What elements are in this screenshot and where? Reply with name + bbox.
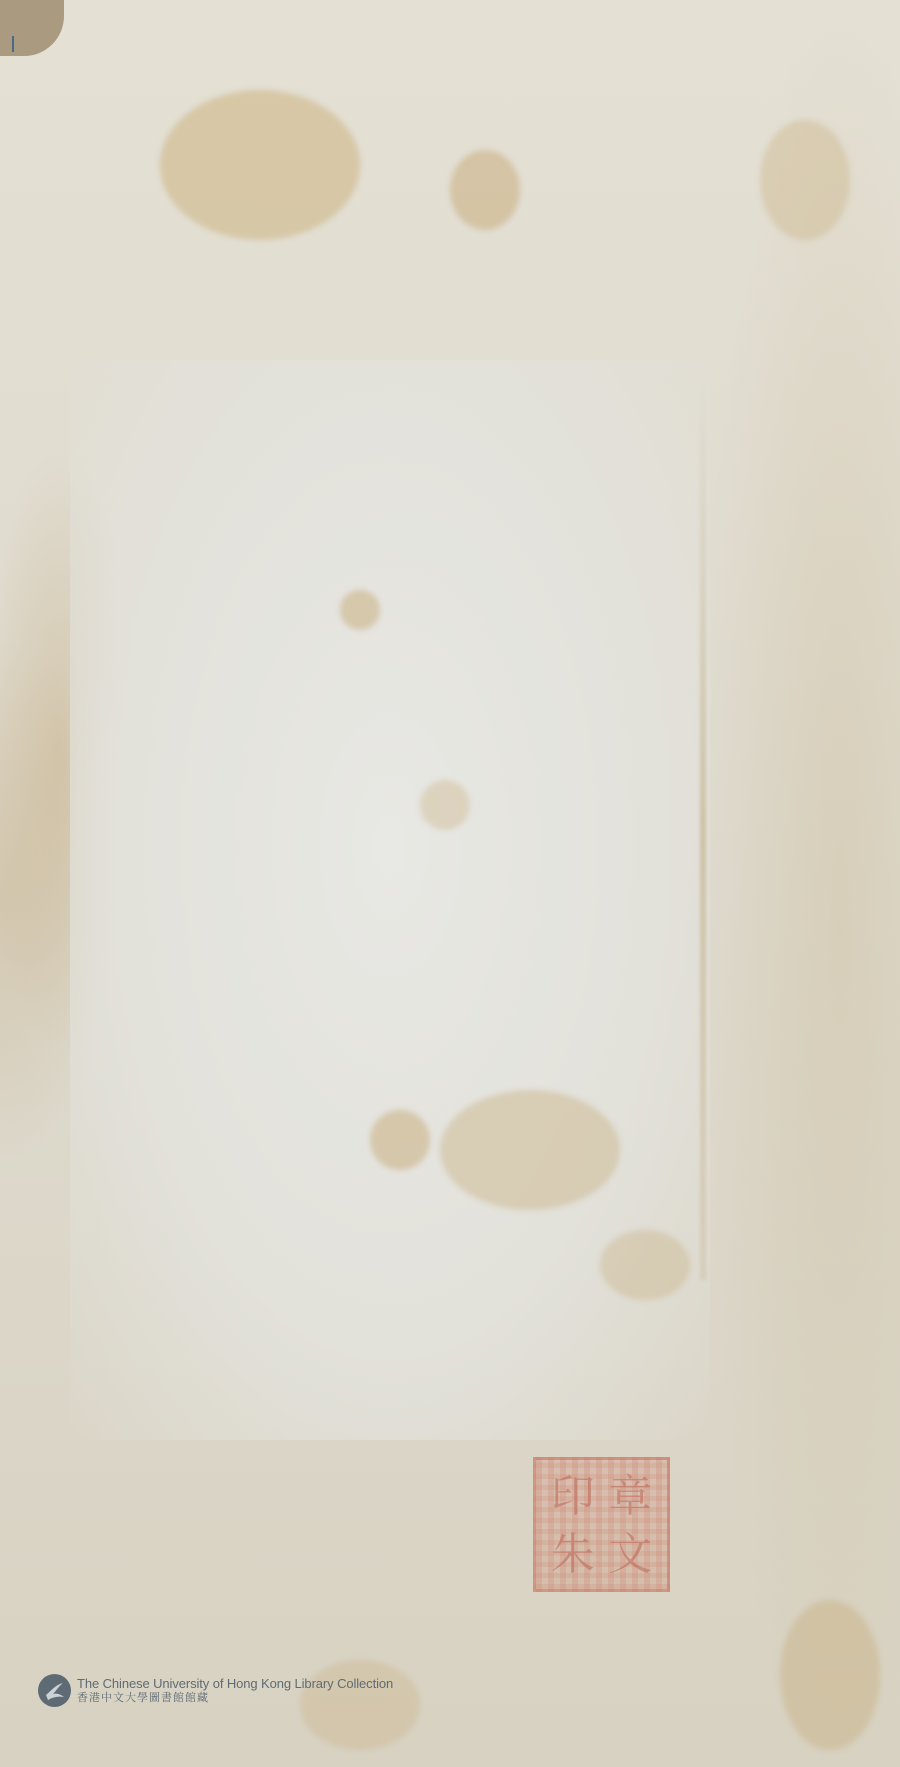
stain	[420, 780, 470, 830]
stain	[340, 590, 380, 630]
red-seal-stamp: 印 章 朱 文	[533, 1457, 670, 1592]
stain	[440, 1090, 620, 1210]
cuhk-library-logo-icon	[38, 1674, 71, 1707]
panel-right-edge-stain	[700, 380, 706, 1280]
library-watermark: The Chinese University of Hong Kong Libr…	[38, 1674, 393, 1707]
stain	[760, 120, 850, 240]
seal-glyph: 印	[544, 1468, 602, 1526]
stain	[370, 1110, 430, 1170]
seal-glyph: 文	[602, 1526, 660, 1584]
seal-glyph: 朱	[544, 1526, 602, 1584]
stain	[780, 1600, 880, 1750]
large-water-stain	[160, 90, 360, 240]
corner-tear	[0, 0, 64, 56]
seal-glyphs: 印 章 朱 文	[544, 1468, 659, 1581]
seal-glyph: 章	[602, 1468, 660, 1526]
stain	[600, 1230, 690, 1300]
watermark-english: The Chinese University of Hong Kong Libr…	[77, 1676, 393, 1691]
scanned-paper: 印 章 朱 文 The Chinese University of Hong K…	[0, 0, 900, 1767]
watermark-chinese: 香港中文大學圖書館館藏	[77, 1691, 393, 1705]
stain	[450, 150, 520, 230]
